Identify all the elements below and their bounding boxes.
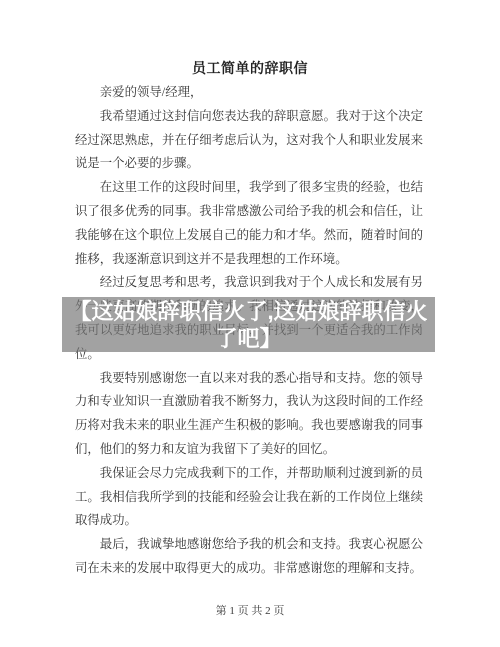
paragraph-4: 我要特别感谢您一直以来对我的悉心指导和支持。您的领导力和专业知识一直激励着我不断…: [75, 367, 423, 462]
paragraph-5: 我保证会尽力完成我剩下的工作，并帮助顺利过渡到新的员工。我相信我所学到的技能和经…: [75, 462, 423, 533]
document-page: 员工简单的辞职信 亲爱的领导/经理， 我希望通过这封信向您表达我的辞职意愿。我对…: [0, 0, 500, 647]
paragraph-2: 在这里工作的这段时间里，我学到了很多宝贵的经验，也结识了很多优秀的同事。我非常感…: [75, 176, 423, 271]
caption-overlay-text: 【这姑娘辞职信火了,这姑娘辞职信火了吧】: [62, 298, 435, 352]
paragraph-1: 我希望通过这封信向您表达我的辞职意愿。我对于这个决定经过深思熟虑，并在仔细考虑后…: [75, 105, 423, 176]
caption-overlay-banner: 【这姑娘辞职信火了,这姑娘辞职信火了吧】: [62, 297, 435, 352]
paragraph-6: 最后，我诚挚地感谢您给予我的机会和支持。我衷心祝愿公司在未来的发展中取得更大的成…: [75, 533, 423, 581]
document-title: 员工简单的辞职信: [0, 0, 500, 76]
page-number: 第 1 页 共 2 页: [0, 604, 500, 618]
greeting-line: 亲爱的领导/经理，: [75, 81, 423, 105]
